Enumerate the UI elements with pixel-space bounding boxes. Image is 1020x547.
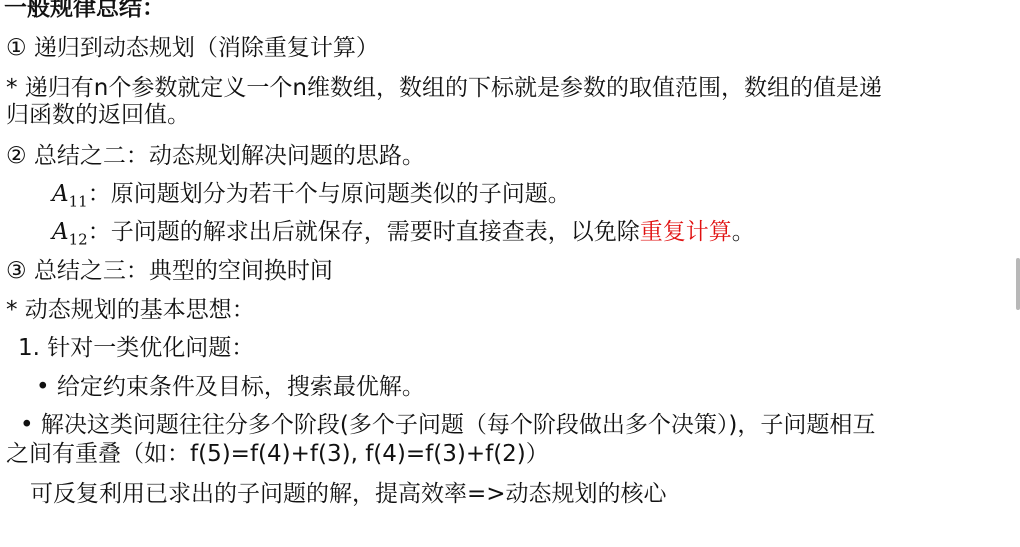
document-title: 一般规律总结：: [4, 0, 165, 22]
point1-heading: ① 递归到动态规划（消除重复计算）: [6, 34, 379, 62]
point2-a12: A12：子问题的解求出后就保存，需要时直接查表，以免除重复计算。: [52, 218, 755, 254]
point1-detail-line2: 归函数的返回值。: [6, 101, 190, 129]
basic-idea-bullet1: • 给定约束条件及目标，搜索最优解。: [36, 373, 425, 401]
a12-label: A12: [52, 219, 88, 245]
basic-idea-heading: * 动态规划的基本思想：: [6, 296, 255, 324]
point1-detail-line1: * 递归有n个参数就定义一个n维数组，数组的下标就是参数的取值范围，数组的值是递: [6, 74, 882, 102]
a11-label: A11: [52, 181, 88, 207]
vertical-scrollbar[interactable]: [1016, 258, 1020, 310]
a11-text: ：原问题划分为若干个与原问题类似的子问题。: [88, 181, 571, 207]
basic-idea-item1: 1. 针对一类优化问题：: [18, 334, 254, 362]
point2-a11: A11：原问题划分为若干个与原问题类似的子问题。: [52, 180, 571, 216]
point2-heading: ② 总结之二：动态规划解决问题的思路。: [6, 142, 425, 170]
basic-idea-conclusion: 可反复利用已求出的子问题的解，提高效率=>动态规划的核心: [30, 480, 667, 508]
a12-text-end: 。: [732, 219, 755, 245]
a12-text: ：子问题的解求出后就保存，需要时直接查表，以免除: [88, 219, 640, 245]
a12-highlight: 重复计算: [640, 219, 732, 245]
basic-idea-bullet2-line2: 之间有重叠（如：f(5)=f(4)+f(3), f(4)=f(3)+f(2)）: [6, 440, 549, 468]
point3-heading: ③ 总结之三：典型的空间换时间: [6, 257, 333, 285]
basic-idea-bullet2-line1: • 解决这类问题往往分多个阶段(多个子问题（每个阶段做出多个决策）)，子问题相互: [20, 411, 875, 439]
